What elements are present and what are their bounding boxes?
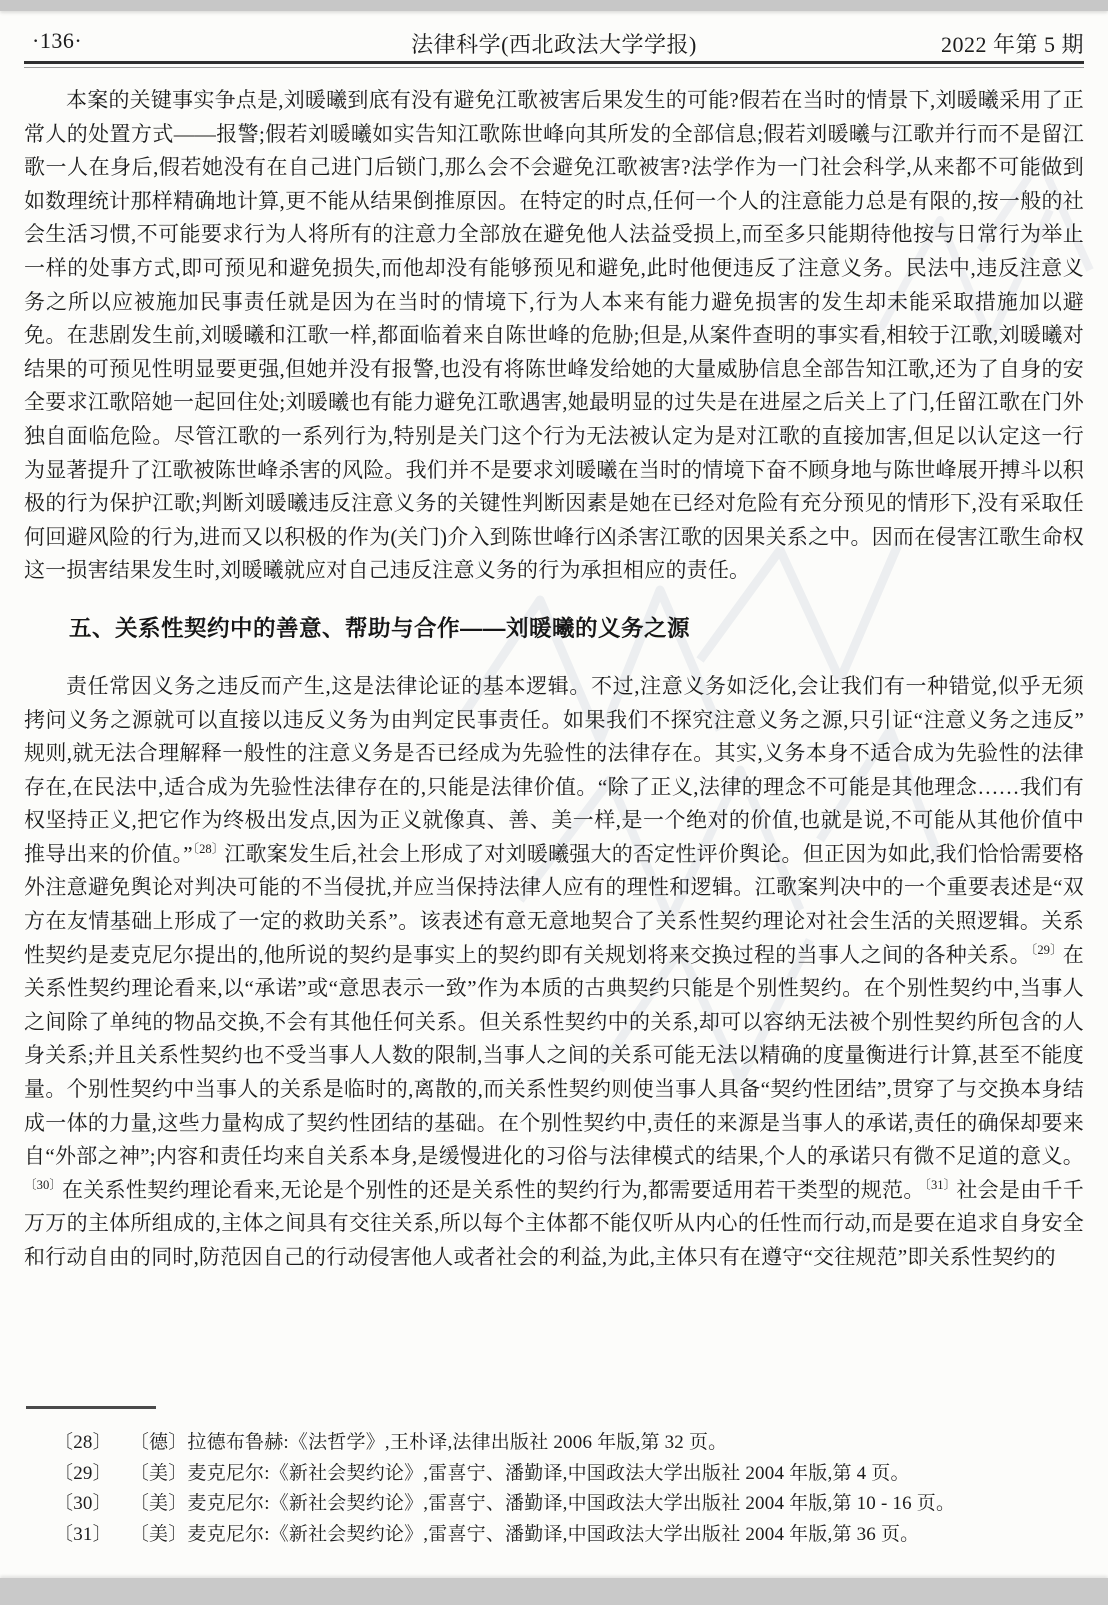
issue-label: 2022 年第 5 期 — [941, 28, 1084, 59]
footnote-text: 〔美〕麦克尼尔:《新社会契约论》,雷喜宁、潘勤译,中国政法大学出版社 2004 … — [130, 1459, 1084, 1490]
header-rule — [24, 61, 1084, 68]
journal-page: ·136· 法律科学(西北政法大学学报) 2022 年第 5 期 本案的关键事实… — [0, 0, 1108, 1605]
footnote-marker: 〔30〕 — [54, 1489, 112, 1520]
scan-edge-bottom — [0, 1578, 1108, 1605]
footnote-text: 〔美〕麦克尼尔:《新社会契约论》,雷喜宁、潘勤译,中国政法大学出版社 2004 … — [130, 1520, 1084, 1551]
footnotes: 〔28〕 〔德〕拉德布鲁赫:《法哲学》,王朴译,法律出版社 2006 年版,第 … — [24, 1428, 1084, 1550]
journal-title: 法律科学(西北政法大学学报) — [24, 28, 1084, 59]
article-body: 本案的关键事实争点是,刘暖曦到底有没有避免江歌被害后果发生的可能?假若在当时的情… — [24, 84, 1084, 1275]
page-header: ·136· 法律科学(西北政法大学学报) 2022 年第 5 期 — [24, 28, 1084, 58]
scan-edge-top — [0, 0, 1108, 11]
footnote-item: 〔29〕 〔美〕麦克尼尔:《新社会契约论》,雷喜宁、潘勤译,中国政法大学出版社 … — [24, 1459, 1084, 1490]
footnote-rule — [26, 1406, 156, 1409]
footnote-marker: 〔31〕 — [54, 1520, 112, 1551]
footnote-text: 〔美〕麦克尼尔:《新社会契约论》,雷喜宁、潘勤译,中国政法大学出版社 2004 … — [130, 1489, 1084, 1520]
footnote-item: 〔30〕 〔美〕麦克尼尔:《新社会契约论》,雷喜宁、潘勤译,中国政法大学出版社 … — [24, 1489, 1084, 1520]
footnote-text: 〔德〕拉德布鲁赫:《法哲学》,王朴译,法律出版社 2006 年版,第 32 页。 — [130, 1428, 1084, 1459]
section-heading: 五、关系性契约中的善意、帮助与合作——刘暖曦的义务之源 — [24, 614, 1084, 644]
footnote-item: 〔31〕 〔美〕麦克尼尔:《新社会契约论》,雷喜宁、潘勤译,中国政法大学出版社 … — [24, 1520, 1084, 1551]
footnote-marker: 〔28〕 — [54, 1428, 112, 1459]
paragraph-1: 本案的关键事实争点是,刘暖曦到底有没有避免江歌被害后果发生的可能?假若在当时的情… — [24, 84, 1084, 588]
footnote-marker: 〔29〕 — [54, 1459, 112, 1490]
footnote-item: 〔28〕 〔德〕拉德布鲁赫:《法哲学》,王朴译,法律出版社 2006 年版,第 … — [24, 1428, 1084, 1459]
paragraph-2: 责任常因义务之违反而产生,这是法律论证的基本逻辑。不过,注意义务如泛化,会让我们… — [24, 670, 1084, 1275]
